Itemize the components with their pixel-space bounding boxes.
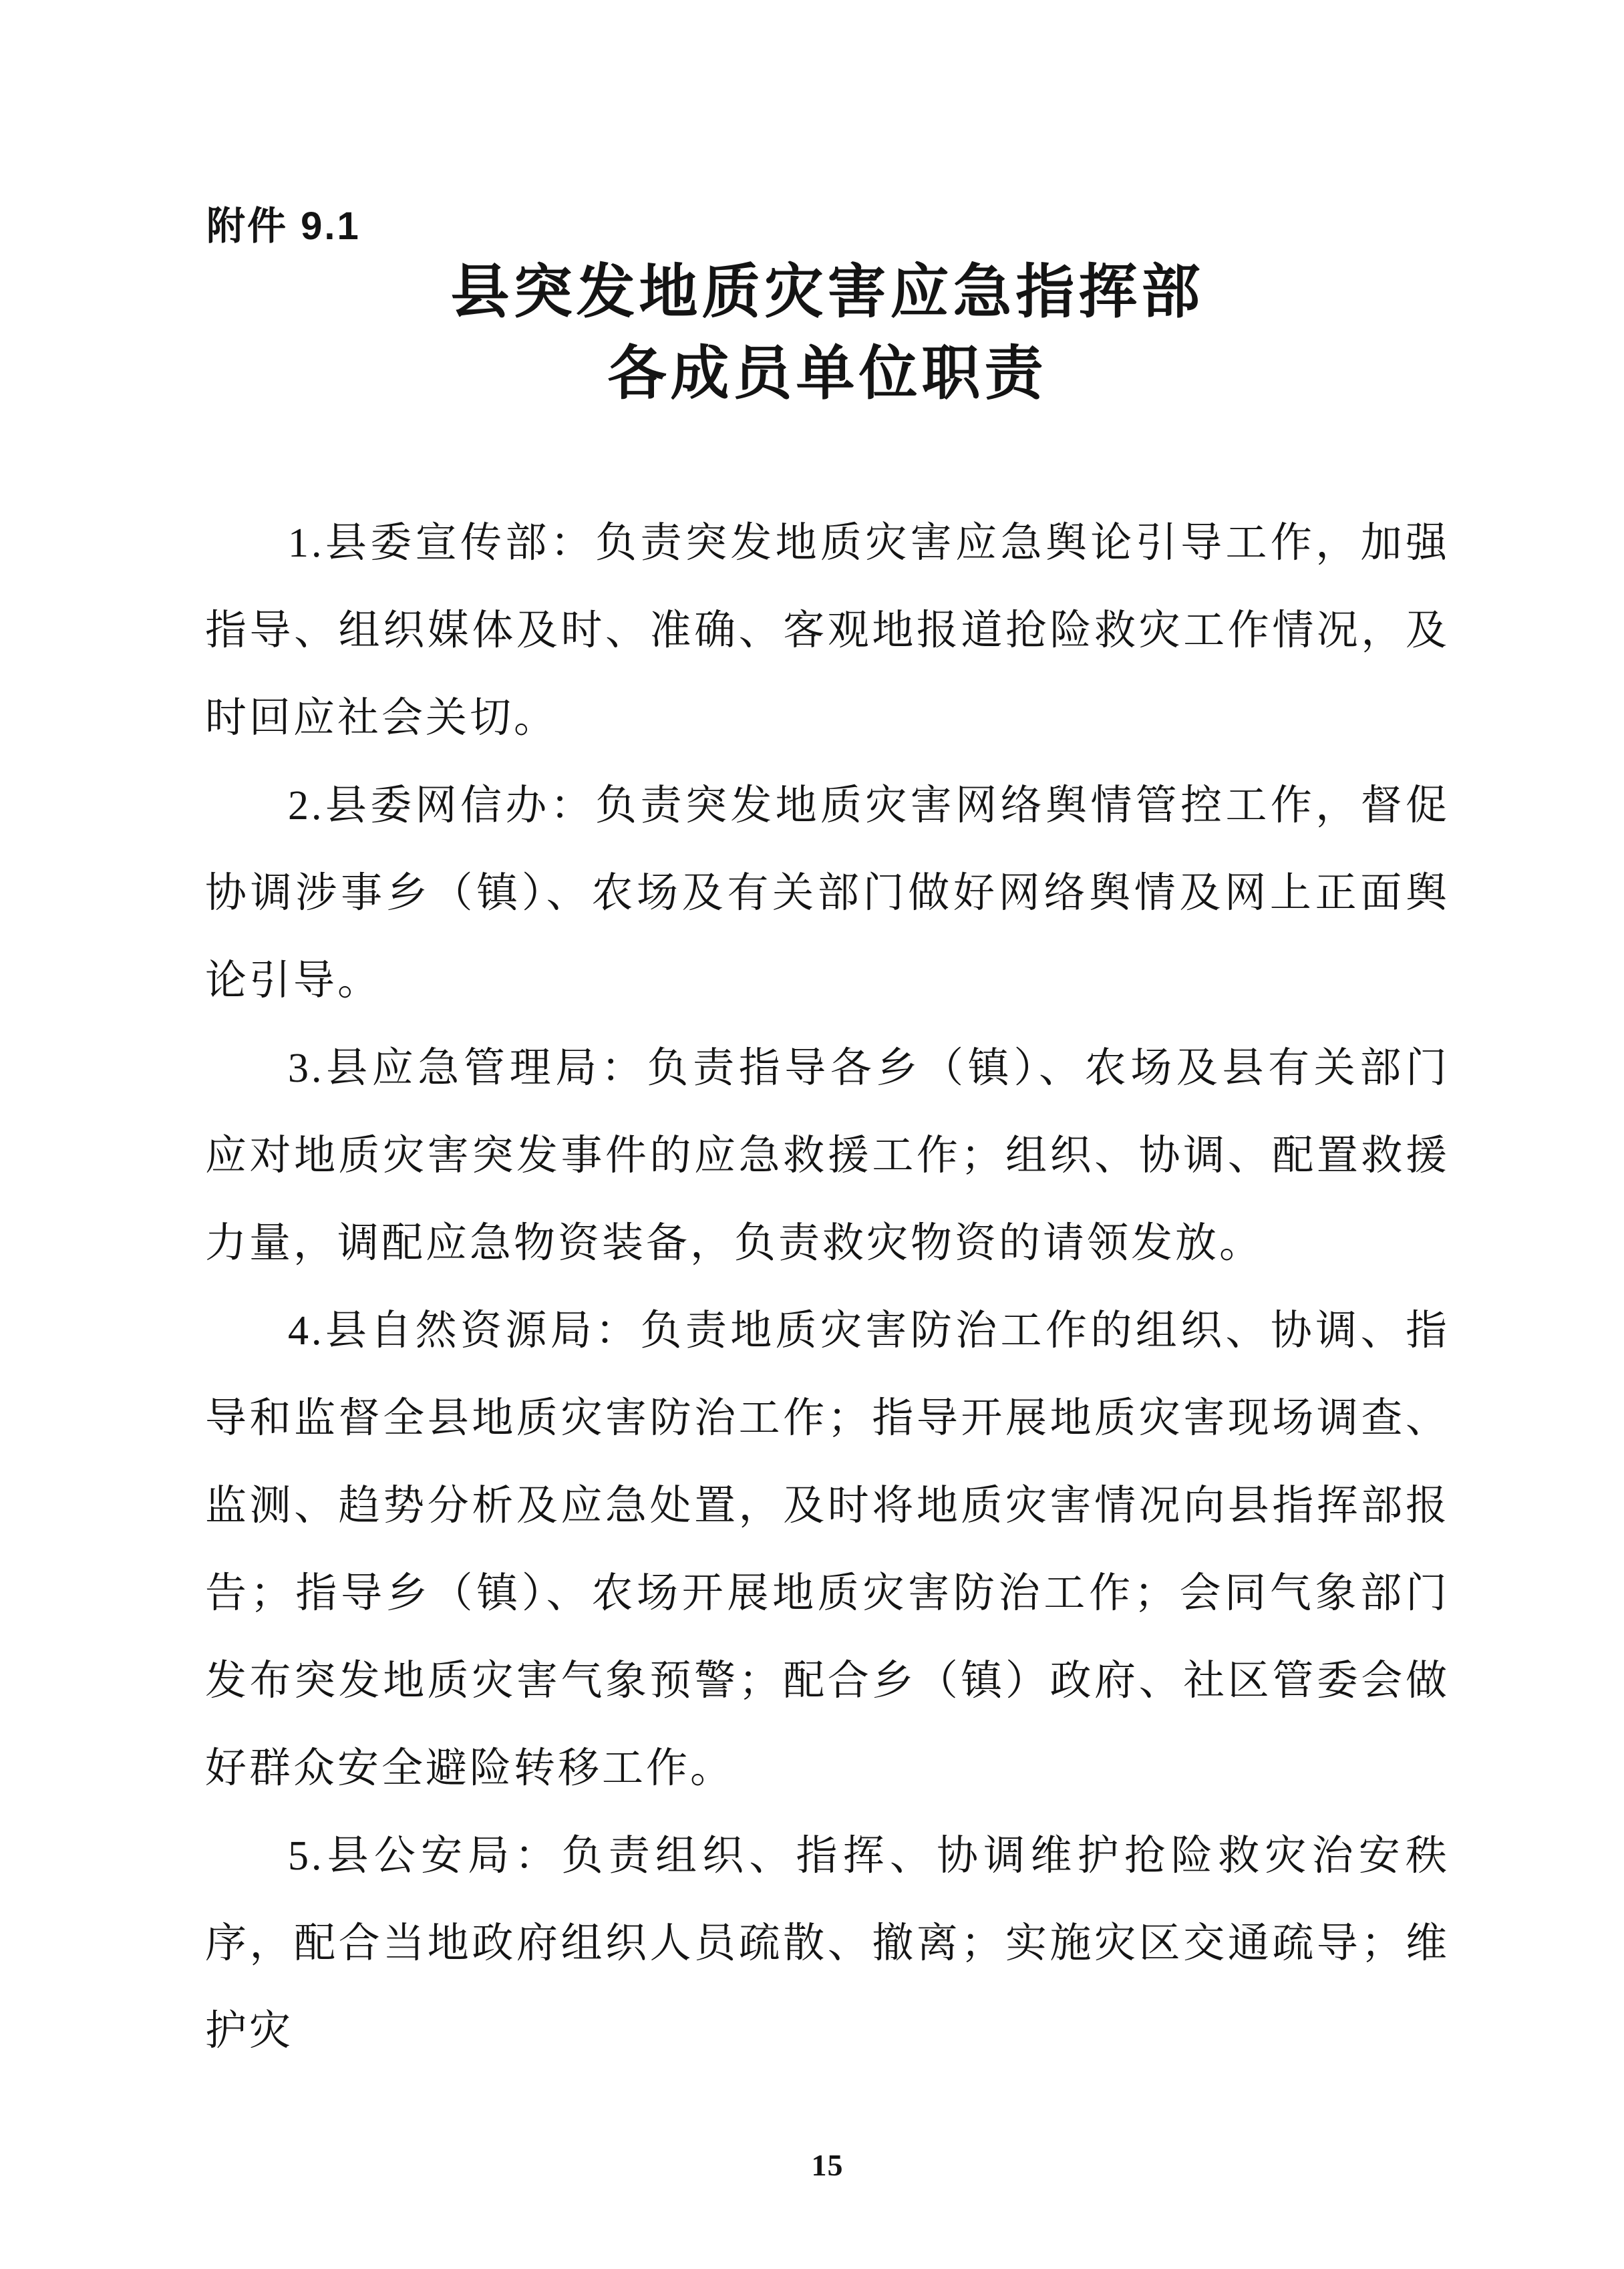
department-name-4: 4.县自然资源局： [288,1308,641,1354]
document-title: 县突发地质灾害应急指挥部 各成员单位职责 [205,251,1450,414]
paragraph-4-text: 负责地质灾害防治工作的组织、协调、指导和监督全县地质灾害防治工作；指导开展地质灾… [205,1308,1450,1791]
title-line-1: 县突发地质灾害应急指挥部 [205,251,1450,333]
document-body: 1.县委宣传部：负责突发地质灾害应急舆论引导工作，加强指导、组织媒体及时、准确、… [205,500,1450,2075]
department-name-3: 3.县应急管理局： [288,1046,647,1091]
attachment-label: 附件 9.1 [206,194,361,251]
paragraph-4: 4.县自然资源局：负责地质灾害防治工作的组织、协调、指导和监督全县地质灾害防治工… [205,1288,1450,1813]
title-line-2: 各成员单位职责 [205,333,1450,414]
paragraph-5: 5.县公安局：负责组织、指挥、协调维护抢险救灾治安秩序，配合当地政府组织人员疏散… [205,1813,1450,2075]
department-name-5: 5.县公安局： [288,1833,562,1879]
department-name-1: 1.县委宣传部： [288,520,595,566]
paragraph-2: 2.县委网信办：负责突发地质灾害网络舆情管控工作，督促协调涉事乡（镇）、农场及有… [205,762,1450,1025]
document-page: 附件 9.1 县突发地质灾害应急指挥部 各成员单位职责 1.县委宣传部：负责突发… [0,0,1624,2269]
paragraph-3: 3.县应急管理局：负责指导各乡（镇）、农场及县有关部门应对地质灾害突发事件的应急… [205,1025,1450,1288]
page-number: 15 [205,2147,1450,2183]
paragraph-1: 1.县委宣传部：负责突发地质灾害应急舆论引导工作，加强指导、组织媒体及时、准确、… [205,500,1450,762]
department-name-2: 2.县委网信办： [288,783,595,828]
